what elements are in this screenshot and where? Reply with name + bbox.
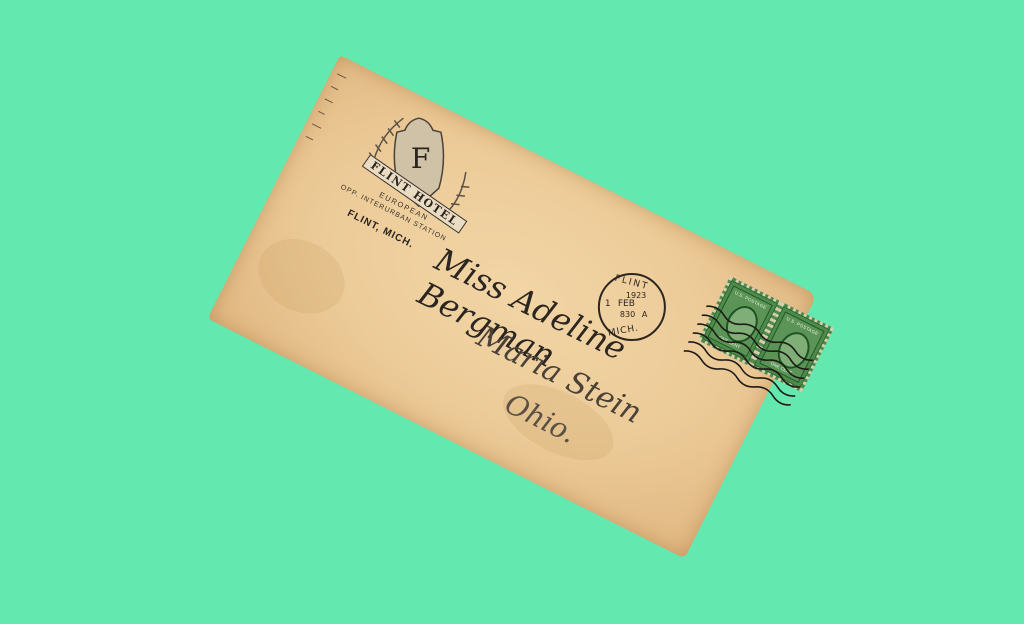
postmark-mark: A	[642, 310, 647, 319]
postmark-day: 1	[605, 299, 611, 309]
monogram: F	[411, 142, 430, 175]
postmark-time: 830	[620, 310, 635, 319]
postmark-month: FEB	[618, 299, 635, 309]
paper-stain	[246, 225, 358, 328]
envelope: F FLINT HOTEL EUROPEAN OPP. INTERURBAN S…	[207, 55, 817, 558]
